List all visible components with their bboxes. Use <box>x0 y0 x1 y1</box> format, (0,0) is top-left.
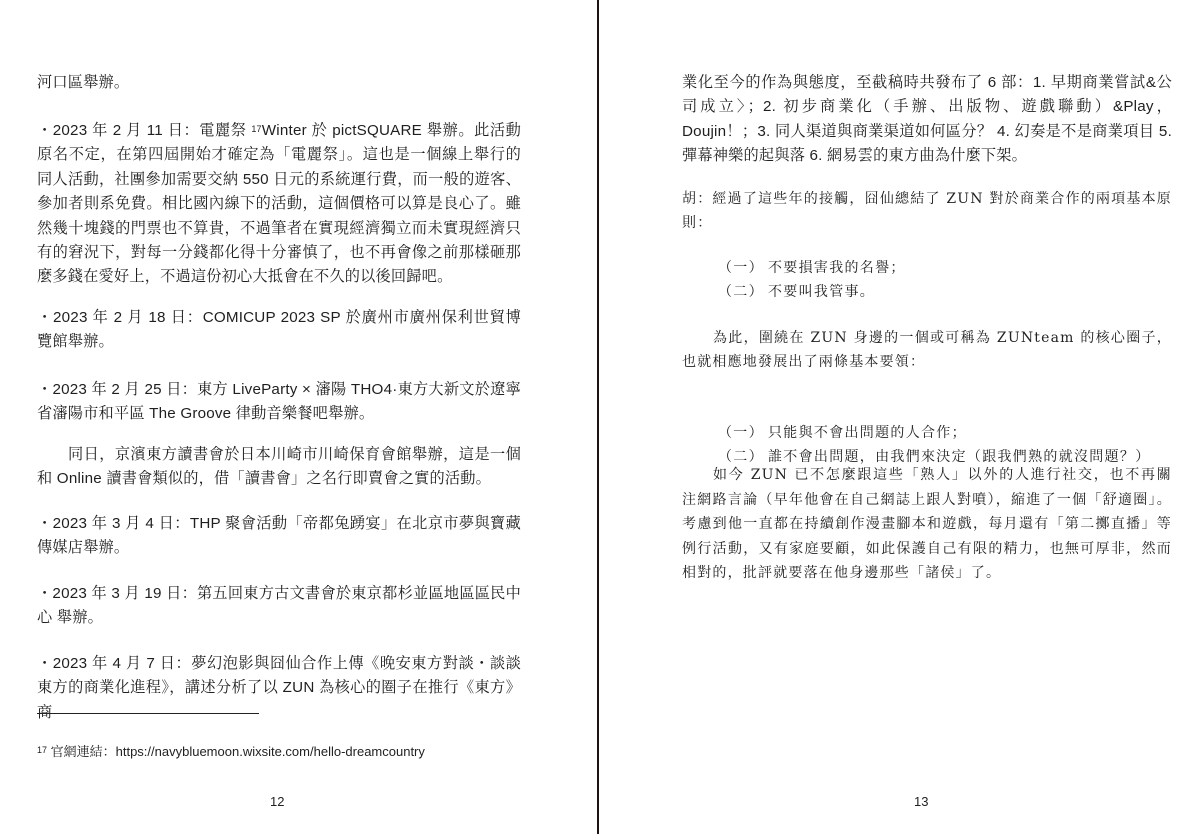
list-number: （一） <box>718 421 768 445</box>
page-number-left: 12 <box>270 794 284 809</box>
footnote-number: 17 <box>37 745 47 755</box>
page-number-right: 13 <box>914 794 928 809</box>
event-date-prefix: ・2023 年 2 月 11 日：電麗祭 <box>37 122 251 139</box>
paragraph-comfort-zone: 如今 ZUN 已不怎麼跟這些「熟人」以外的人進行社交，也不再關注網路言論（早年他… <box>682 463 1172 586</box>
paragraph-event-mar-19: ・2023 年 3 月 19 日：第五回東方古文書會於東京都杉並區地區區民中心 … <box>37 582 521 631</box>
paragraph-same-day: 同日，京濱東方讀書會於日本川崎市川崎保育會館舉辦，這是一個和 Online 讀書… <box>37 443 521 492</box>
paragraph-continuation: 河口區舉辦。 <box>37 71 521 95</box>
left-page: 河口區舉辦。 ・2023 年 2 月 11 日：電麗祭 17Winter 於 p… <box>0 0 598 834</box>
paragraph-hu-summary: 胡：經過了這些年的接觸，囧仙總結了 ZUN 對於商業合作的兩項基本原則： <box>682 187 1172 236</box>
page-divider <box>597 0 599 834</box>
paragraph-event-feb-11: ・2023 年 2 月 11 日：電麗祭 17Winter 於 pictSQUA… <box>37 119 521 290</box>
list-text: 只能與不會出問題的人合作； <box>768 425 967 441</box>
right-page: 業化至今的作為與態度，至截稿時共發布了 6 部：1. 早期商業嘗試&公司成立〉；… <box>600 0 1190 834</box>
list-text: 不要損害我的名譽； <box>768 260 906 276</box>
footnote-text[interactable]: 官網連結：https://navybluemoon.wixsite.com/he… <box>47 744 425 759</box>
paragraph-event-feb-18: ・2023 年 2 月 18 日：COMICUP 2023 SP 於廣州市廣州保… <box>37 306 521 355</box>
footnote-reference[interactable]: 17 <box>251 124 261 134</box>
principle-item-1: （一）不要損害我的名譽； <box>718 256 906 280</box>
list-number: （二） <box>718 280 768 304</box>
paragraph-event-apr-7: ・2023 年 4 月 7 日：夢幻泡影與囧仙合作上傳《晚安東方對談・談談東方的… <box>37 652 521 725</box>
paragraph-zunteam: 為此，圍繞在 ZUN 身邊的一個或可稱為 ZUNteam 的核心圈子，也就相應地… <box>682 326 1172 375</box>
paragraph-event-mar-4: ・2023 年 3 月 4 日：THP 聚會活動「帝都兔踴宴」在北京市夢與寶藏傳… <box>37 512 521 561</box>
rule-item-1: （一）只能與不會出問題的人合作； <box>718 421 967 445</box>
event-description: Winter 於 pictSQUARE 舉辦。此活動原名不定，在第四屆開始才確定… <box>37 122 521 285</box>
footnote-separator <box>37 713 259 714</box>
paragraph-continuation: 業化至今的作為與態度，至截稿時共發布了 6 部：1. 早期商業嘗試&公司成立〉；… <box>682 71 1172 169</box>
footnote-17: 17 官網連結：https://navybluemoon.wixsite.com… <box>37 743 425 761</box>
principle-item-2: （二）不要叫我管事。 <box>718 280 875 304</box>
list-text: 不要叫我管事。 <box>768 284 875 300</box>
list-number: （一） <box>718 256 768 280</box>
paragraph-event-feb-25: ・2023 年 2 月 25 日：東方 LiveParty × 瀋陽 THO4·… <box>37 378 521 427</box>
